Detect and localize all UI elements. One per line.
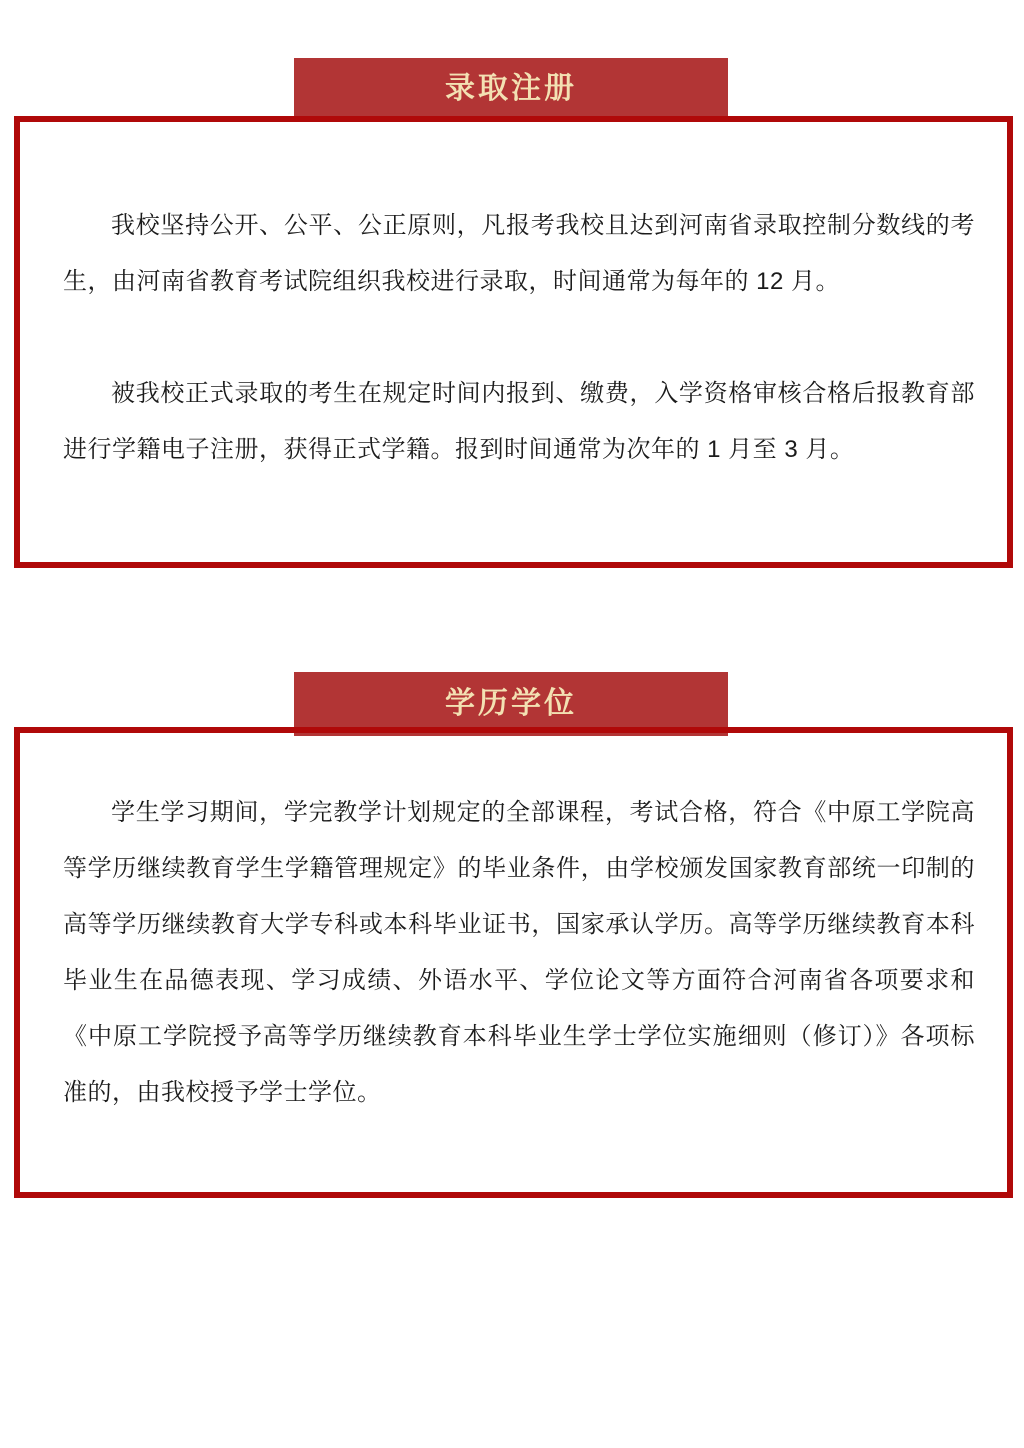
admission-paragraph-2: 被我校正式录取的考生在规定时间内报到、缴费，入学资格审核合格后报教育部进行学籍电… — [63, 366, 975, 478]
document-page: 录取注册 我校坚持公开、公平、公正原则，凡报考我校且达到河南省录取控制分数线的考… — [0, 0, 1024, 1448]
admission-content: 我校坚持公开、公平、公正原则，凡报考我校且达到河南省录取控制分数线的考生，由河南… — [20, 122, 1007, 562]
degree-content: 学生学习期间，学完教学计划规定的全部课程，考试合格，符合《中原工学院高等学历继续… — [20, 733, 1007, 1192]
degree-content-box: 学生学习期间，学完教学计划规定的全部课程，考试合格，符合《中原工学院高等学历继续… — [14, 727, 1013, 1198]
degree-paragraph-1: 学生学习期间，学完教学计划规定的全部课程，考试合格，符合《中原工学院高等学历继续… — [63, 785, 975, 1121]
admission-content-box: 我校坚持公开、公平、公正原则，凡报考我校且达到河南省录取控制分数线的考生，由河南… — [14, 116, 1013, 568]
admission-paragraph-1: 我校坚持公开、公平、公正原则，凡报考我校且达到河南省录取控制分数线的考生，由河南… — [63, 198, 975, 310]
section-title-admission: 录取注册 — [445, 74, 577, 104]
section-banner-admission: 录取注册 — [294, 58, 728, 120]
section-title-degree: 学历学位 — [445, 689, 577, 719]
